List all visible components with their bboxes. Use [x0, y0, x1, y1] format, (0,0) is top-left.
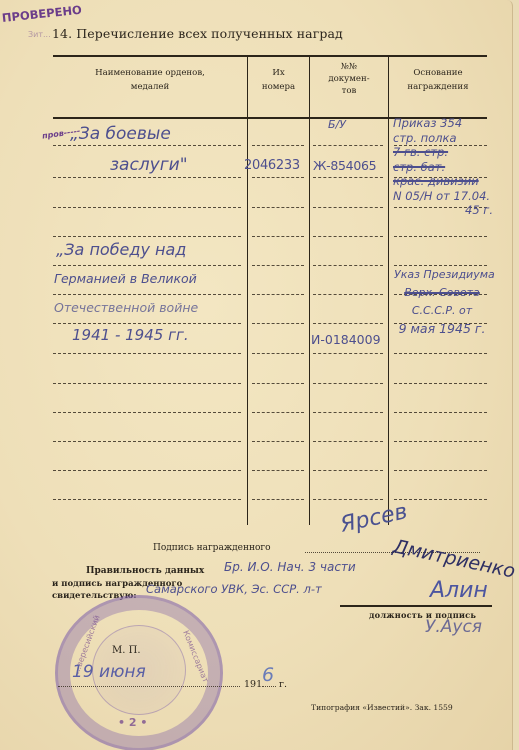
row-rule: [394, 236, 487, 237]
row-rule: [252, 499, 304, 500]
row-rule: [394, 470, 487, 471]
basis-line: 9 мая 1945 г.: [394, 320, 490, 338]
header-text: медалей: [53, 80, 247, 94]
row-rule: [313, 499, 383, 500]
row-rule: [313, 412, 383, 413]
award-basis: Приказ 354 стр. полка 7 гв. стр. стр. ба…: [393, 116, 493, 218]
header-text: номера: [248, 80, 309, 94]
award-name-line: Отечественной войне: [54, 300, 198, 315]
date-day-month: 19 июня: [72, 662, 146, 682]
row-rule: [53, 353, 241, 354]
date-year-handwritten: 6: [262, 664, 274, 686]
row-rule: [394, 412, 487, 413]
recipient-signature: Ярсев: [338, 499, 410, 538]
document-number: И-0184009: [311, 332, 381, 347]
extra-signature: У.Ауся: [425, 617, 482, 637]
award-name-line: „За боевые: [70, 124, 171, 144]
row-rule: [313, 323, 383, 324]
row-rule: [394, 353, 487, 354]
row-rule: [313, 470, 383, 471]
date-year-suffix: г.: [279, 679, 287, 690]
date-year-line: [262, 686, 276, 687]
recipient-signature-label: Подпись награжденного: [153, 543, 271, 553]
row-rule: [313, 294, 383, 295]
column-divider: [247, 57, 248, 525]
row-rule: [53, 145, 241, 146]
award-name-line: „За победу над: [56, 240, 186, 259]
basis-line-struck: Верх. Совета: [394, 284, 490, 302]
award-name-line: заслуги": [110, 155, 188, 175]
column-divider: [388, 57, 389, 525]
row-rule: [313, 177, 383, 178]
award-name-line: Германией в Великой: [54, 271, 197, 286]
award-record-page: ПРОВЕРЕНО Зит... 14. Перечисление всех п…: [0, 0, 513, 750]
document-number: Ж-854065: [313, 158, 376, 173]
header-text: Их: [248, 66, 309, 80]
basis-line: Указ Президиума: [394, 266, 490, 284]
printer-imprint: Типография «Известий». Зак. 1559: [311, 703, 453, 712]
row-rule: [313, 145, 383, 146]
header-text: Наименование орденов,: [53, 66, 247, 80]
header-text: награждения: [389, 80, 487, 94]
seal-place-label: М. П.: [112, 645, 141, 656]
certifier-signature-2: Алин: [430, 578, 488, 603]
header-award-basis: Основание награждения: [389, 66, 487, 94]
verified-stamp-sub: Зит...: [28, 30, 51, 39]
row-rule: [252, 145, 304, 146]
row-rule: [252, 177, 304, 178]
row-rule: [252, 383, 304, 384]
basis-line: N 05/Н от 17.04.: [393, 189, 493, 204]
row-rule: [252, 323, 304, 324]
row-rule: [53, 177, 241, 178]
row-rule: [53, 265, 241, 266]
basis-line-struck: 7 гв. стр.: [393, 145, 493, 160]
row-rule: [252, 353, 304, 354]
row-rule: [252, 207, 304, 208]
row-rule: [313, 353, 383, 354]
header-award-name: Наименование орденов, медалей: [53, 66, 247, 94]
row-rule: [252, 412, 304, 413]
row-rule: [53, 383, 241, 384]
certifier-position-line2: Самарского УВК, Эс. ССР. л-т: [146, 582, 322, 596]
column-divider: [309, 57, 310, 525]
header-text: тов: [310, 85, 388, 97]
basis-line: 45 г.: [393, 203, 493, 218]
row-rule: [394, 499, 487, 500]
row-rule: [313, 265, 383, 266]
row-rule: [252, 265, 304, 266]
position-signature-line: [340, 605, 492, 607]
row-rule: [53, 323, 241, 324]
basis-line: С.С.С.Р. от: [394, 302, 490, 320]
date-year-prefix: 191: [244, 679, 262, 690]
row-rule: [53, 236, 241, 237]
document-series: Б/У: [328, 118, 346, 131]
row-rule: [252, 441, 304, 442]
award-number: 2046233: [244, 158, 300, 173]
seal-number: • 2 •: [118, 716, 147, 729]
row-rule: [53, 207, 241, 208]
table-top-rule: [53, 55, 487, 57]
row-rule: [313, 441, 383, 442]
basis-line: Приказ 354: [393, 116, 493, 131]
header-text: №№: [310, 61, 388, 73]
header-text: Основание: [389, 66, 487, 80]
row-rule: [53, 499, 241, 500]
verified-stamp: ПРОВЕРЕНО: [1, 3, 82, 25]
certify-label-line1: Правильность данных: [86, 566, 204, 576]
header-award-number: Их номера: [248, 66, 309, 94]
row-rule: [313, 207, 383, 208]
award-name-line: 1941 - 1945 гг.: [72, 326, 189, 344]
row-rule: [394, 441, 487, 442]
certifier-position-line1: Бр. И.О. Нач. 3 части: [224, 560, 356, 574]
header-document-number: №№ докумен- тов: [310, 61, 388, 97]
row-rule: [313, 236, 383, 237]
basis-line-struck: стр. бат.: [393, 160, 493, 175]
section-title: 14. Перечисление всех полученных наград: [52, 26, 343, 41]
row-rule: [313, 383, 383, 384]
date-line: [58, 686, 240, 687]
basis-line-struck: крас. дивизии: [393, 174, 493, 189]
row-rule: [252, 294, 304, 295]
header-text: докумен-: [310, 73, 388, 85]
row-rule: [252, 236, 304, 237]
certifier-signature: Дмитриенко: [391, 535, 517, 582]
row-rule: [394, 383, 487, 384]
award-basis: Указ Президиума Верх. Совета С.С.С.Р. от…: [394, 266, 490, 338]
row-rule: [53, 441, 241, 442]
row-rule: [53, 470, 241, 471]
basis-line: стр. полка: [393, 131, 493, 146]
row-rule: [53, 294, 241, 295]
row-rule: [53, 412, 241, 413]
row-rule: [252, 470, 304, 471]
